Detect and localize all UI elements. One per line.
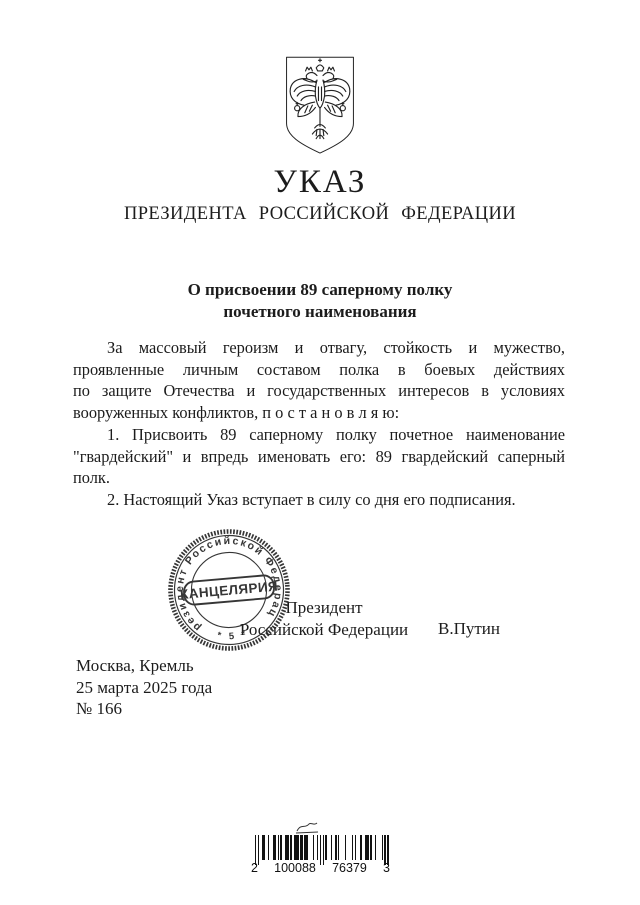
russian-coat-of-arms-icon bbox=[282, 55, 358, 161]
barcode-digit-group: 2 bbox=[251, 861, 258, 875]
body-line: 2. Настоящий Указ вступает в силу со дня… bbox=[73, 489, 565, 511]
chancellery-stamp: Президент Российской Федерации * 5 * КАН… bbox=[162, 523, 296, 657]
barcode-digit-group: 76379 bbox=[332, 861, 367, 875]
decree-subtitle: ПРЕЗИДЕНТА РОССИЙСКОЙ ФЕДЕРАЦИИ bbox=[0, 204, 640, 225]
barcode: 2 100088 76379 3 bbox=[249, 818, 399, 875]
body-line: по защите Отечества и государственных ин… bbox=[73, 380, 565, 402]
print-mark-icon bbox=[293, 820, 321, 836]
body-line: вооруженных конфликтов, п о с т а н о в … bbox=[73, 402, 565, 424]
signature-name: В.Путин bbox=[438, 619, 500, 639]
body-line: полк. bbox=[73, 467, 565, 489]
svg-text:* 5 *: * 5 * bbox=[215, 627, 250, 643]
decree-body: За массовый героизм и отвагу, стойкость … bbox=[73, 337, 565, 511]
body-line: проявленные личным составом полка в боев… bbox=[73, 359, 565, 381]
decree-requisites: Москва, Кремль 25 марта 2025 года № 166 bbox=[76, 655, 212, 720]
decree-date: 25 марта 2025 года bbox=[76, 677, 212, 699]
barcode-digit-group: 100088 bbox=[274, 861, 316, 875]
body-line: За массовый героизм и отвагу, стойкость … bbox=[73, 337, 565, 359]
decree-title: УКАЗ bbox=[0, 164, 640, 201]
decree-number: № 166 bbox=[76, 698, 212, 720]
body-line: "гвардейский" и впредь именовать его: 89… bbox=[73, 446, 565, 468]
decree-subject: О присвоении 89 саперному полку почетног… bbox=[0, 279, 640, 323]
barcode-digit-group: 3 bbox=[383, 861, 390, 875]
subject-line-2: почетного наименования bbox=[0, 301, 640, 323]
decree-document: УКАЗ ПРЕЗИДЕНТА РОССИЙСКОЙ ФЕДЕРАЦИИ О п… bbox=[0, 0, 640, 905]
body-line: 1. Присвоить 89 саперному полку почетное… bbox=[73, 424, 565, 446]
subject-line-1: О присвоении 89 саперному полку bbox=[0, 279, 640, 301]
decree-place: Москва, Кремль bbox=[76, 655, 212, 677]
stamp-bottom-text: * 5 * bbox=[215, 627, 250, 643]
